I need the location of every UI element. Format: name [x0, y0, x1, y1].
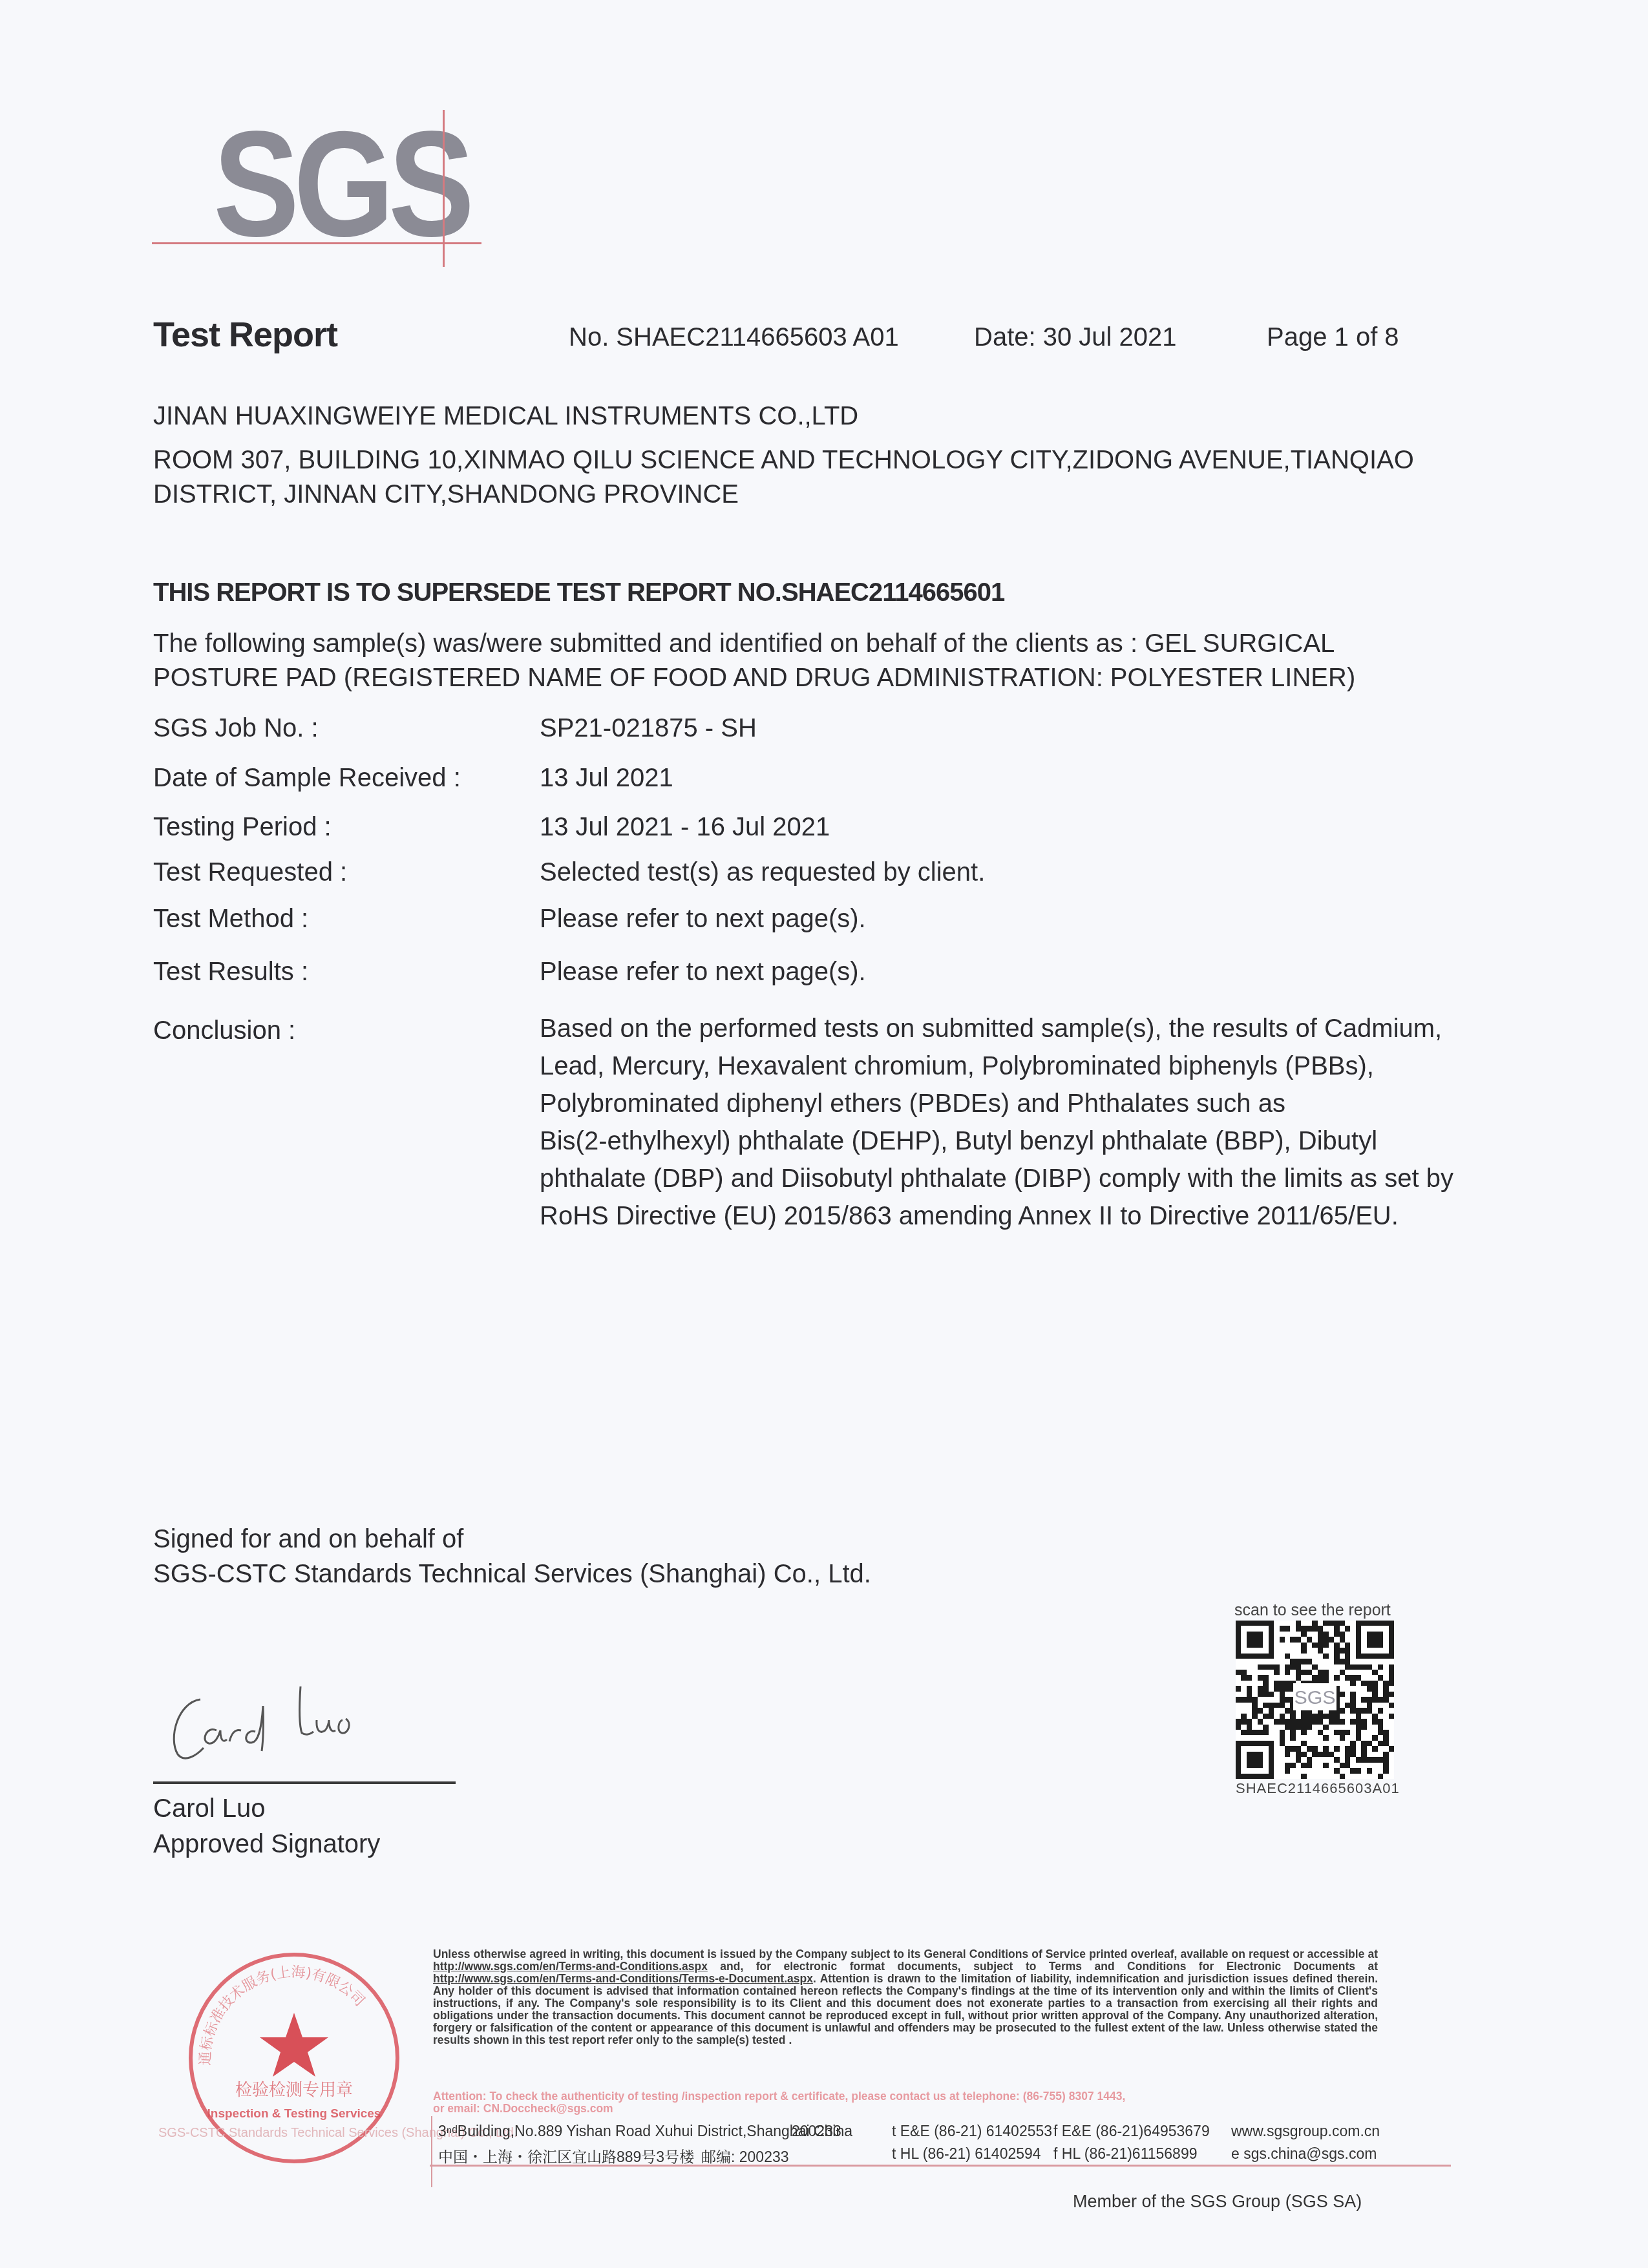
field-label-test-method: Test Method :	[153, 905, 308, 934]
conclusion-line: phthalate (DBP) and Diisobutyl phthalate…	[540, 1160, 1453, 1197]
doccheck-email[interactable]: or email: CN.Doccheck@sgs.com	[433, 2103, 1378, 2115]
qr-code[interactable]: SGS	[1236, 1621, 1394, 1779]
field-label-test-results: Test Results :	[153, 958, 308, 987]
field-value-test-requested: Selected test(s) as requested by client.	[540, 858, 985, 887]
svg-text:Inspection & Testing Services: Inspection & Testing Services	[207, 2107, 381, 2121]
contact-email[interactable]: e sgs.china@sgs.com	[1231, 2145, 1377, 2163]
svg-text:检验检测专用章: 检验检测专用章	[235, 2081, 353, 2100]
logo-vertical-rule	[443, 110, 445, 267]
sgs-logo: SGS	[152, 84, 488, 252]
address-cn: 中国・上海・徐汇区宜山路889号3号楼	[438, 2145, 694, 2167]
signature-line	[153, 1781, 456, 1784]
client-address-line2: DISTRICT, JINNAN CITY,SHANDONG PROVINCE	[153, 479, 739, 510]
svg-text:SGS: SGS	[1294, 1686, 1335, 1708]
field-label-testing-period: Testing Period :	[153, 813, 332, 842]
footer-vertical-rule	[431, 2116, 432, 2187]
address-en: 3ⁿᵈBuilding,No.889 Yishan Road Xuhui Dis…	[438, 2123, 852, 2140]
authenticity-notice: Attention: To check the authenticity of …	[433, 2090, 1378, 2115]
field-label-date-received: Date of Sample Received :	[153, 764, 461, 793]
page-indicator: Page 1 of 8	[1267, 323, 1399, 352]
terms-link[interactable]: http://www.sgs.com/en/Terms-and-Conditio…	[433, 1960, 708, 1973]
conclusion-line: Based on the performed tests on submitte…	[540, 1010, 1453, 1047]
tel-hl: t HL (86-21) 61402594	[892, 2145, 1041, 2163]
legal-disclaimer: Unless otherwise agreed in writing, this…	[433, 1948, 1378, 2046]
report-date: Date: 30 Jul 2021	[974, 323, 1177, 352]
client-name: JINAN HUAXINGWEIYE MEDICAL INSTRUMENTS C…	[153, 401, 858, 432]
signoff-line1: Signed for and on behalf of	[153, 1524, 463, 1555]
fax-hl: f HL (86-21)61156899	[1053, 2145, 1198, 2163]
report-title: Test Report	[153, 315, 337, 355]
conclusion-line: Polybrominated diphenyl ethers (PBDEs) a…	[540, 1085, 1453, 1122]
conclusion-line: Bis(2-ethylhexyl) phthalate (DEHP), Buty…	[540, 1122, 1453, 1160]
client-address-line1: ROOM 307, BUILDING 10,XINMAO QILU SCIENC…	[153, 445, 1414, 476]
report-number: No. SHAEC2114665603 A01	[569, 323, 899, 352]
field-value-date-received: 13 Jul 2021	[540, 764, 673, 793]
logo-horizontal-rule	[152, 242, 481, 244]
website[interactable]: www.sgsgroup.com.cn	[1231, 2123, 1380, 2140]
e-document-terms-link[interactable]: http://www.sgs.com/en/Terms-and-Conditio…	[433, 1972, 813, 1985]
postcode-en: 200233	[792, 2123, 841, 2140]
field-value-test-results: Please refer to next page(s).	[540, 958, 866, 987]
signatory-name: Carol Luo	[153, 1793, 265, 1824]
field-value-test-method: Please refer to next page(s).	[540, 905, 866, 934]
conclusion-line: Lead, Mercury, Hexavalent chromium, Poly…	[540, 1047, 1453, 1085]
sgs-logo-text: SGS	[213, 110, 469, 260]
signoff-company: SGS-CSTC Standards Technical Services (S…	[153, 1559, 871, 1590]
qr-report-id: SHAEC2114665603A01	[1236, 1780, 1400, 1797]
sample-intro-line2: POSTURE PAD (REGISTERED NAME OF FOOD AND…	[153, 662, 1355, 693]
field-label-test-requested: Test Requested :	[153, 858, 347, 887]
field-label-job-no: SGS Job No. :	[153, 714, 319, 743]
footer-rule	[430, 2165, 1451, 2167]
supersede-notice: THIS REPORT IS TO SUPERSEDE TEST REPORT …	[153, 577, 1004, 608]
tel-ee: t E&E (86-21) 61402553	[892, 2123, 1052, 2140]
sgs-group-membership: Member of the SGS Group (SGS SA)	[1073, 2192, 1362, 2212]
postcode-cn: 邮编: 200233	[701, 2145, 789, 2167]
sample-intro-line1: The following sample(s) was/were submitt…	[153, 628, 1335, 659]
field-value-job-no: SP21-021875 - SH	[540, 714, 757, 743]
conclusion-text: Based on the performed tests on submitte…	[540, 1010, 1453, 1235]
star-icon	[260, 2013, 328, 2077]
qr-caption: scan to see the report	[1234, 1601, 1391, 1620]
conclusion-line: RoHS Directive (EU) 2015/863 amending An…	[540, 1197, 1453, 1235]
signatory-title: Approved Signatory	[153, 1829, 380, 1860]
handwritten-signature: Carol Luo	[165, 1680, 397, 1770]
field-value-testing-period: 13 Jul 2021 - 16 Jul 2021	[540, 813, 830, 842]
fax-ee: f E&E (86-21)64953679	[1053, 2123, 1210, 2140]
conclusion-label: Conclusion :	[153, 1016, 295, 1045]
